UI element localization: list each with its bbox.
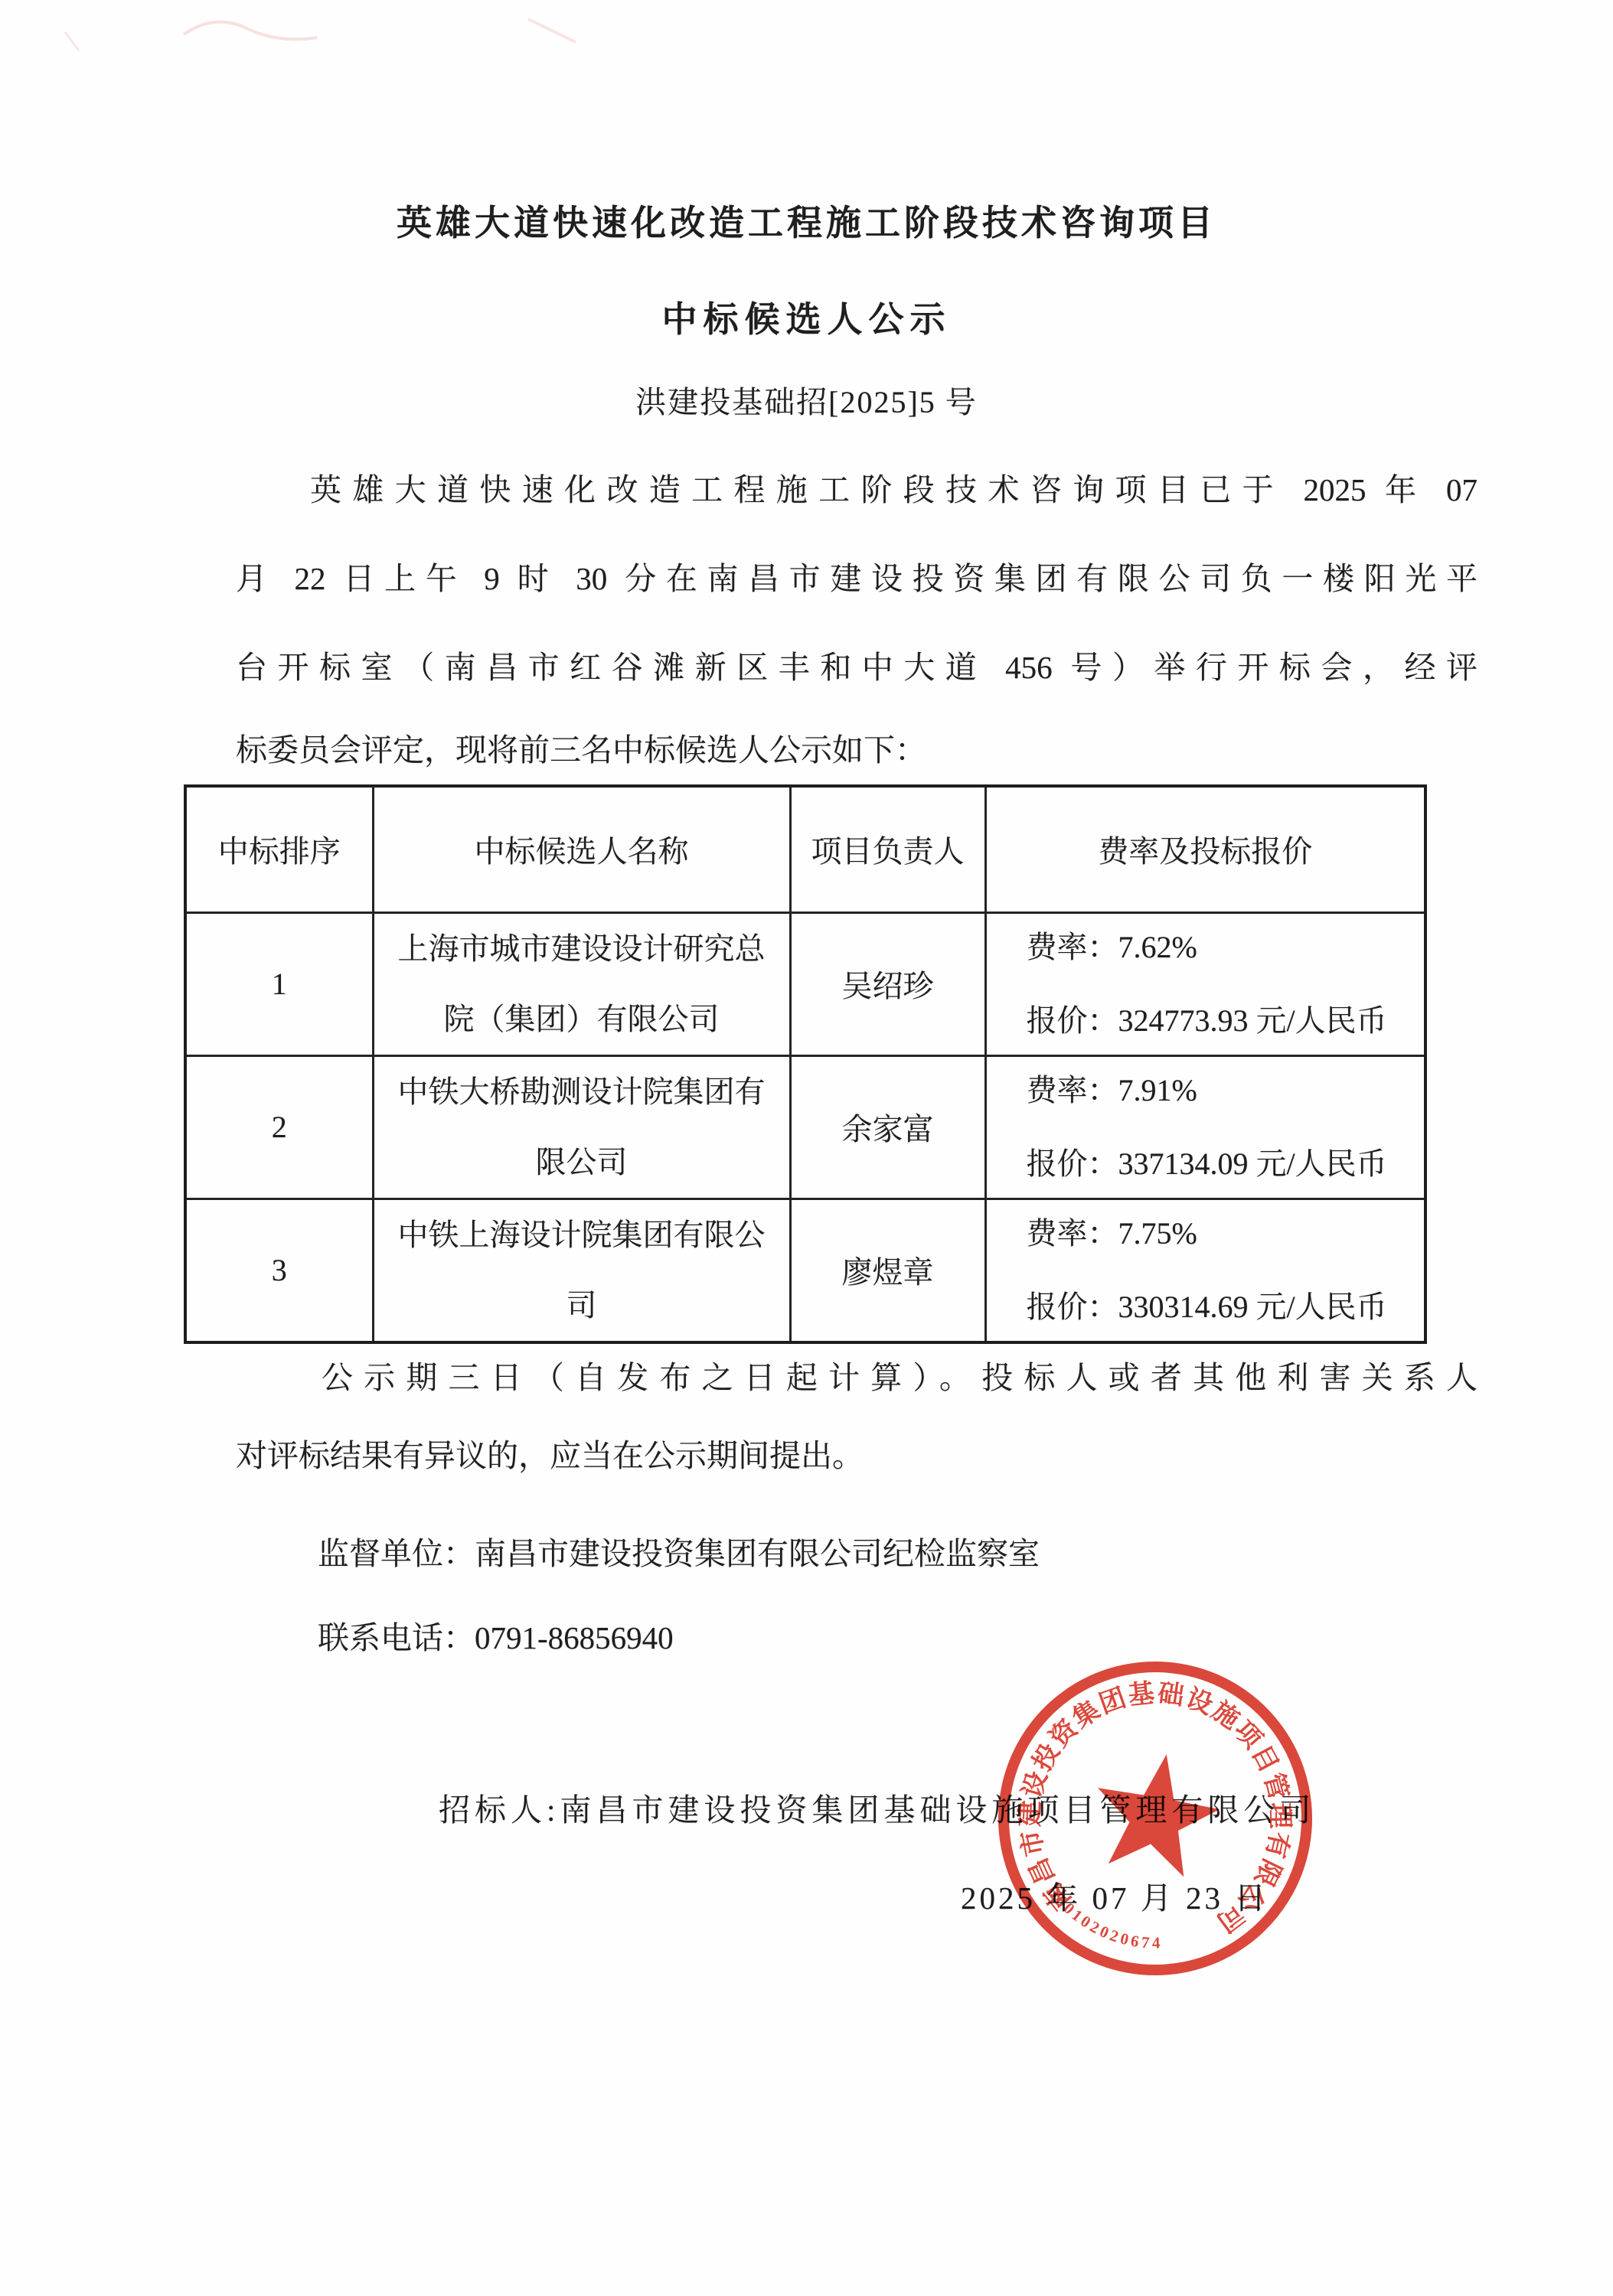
paragraph1-line1: 英雄大道快速化改造工程施工阶段技术咨询项目已于 2025 年 07 — [310, 465, 1477, 514]
rank-cell: 3 — [185, 1199, 373, 1342]
supervisor-unit-line: 监督单位：南昌市建设投资集团有限公司纪检监察室 — [318, 1529, 1040, 1578]
rank-cell: 2 — [185, 1055, 373, 1199]
paragraph1-line2: 月 22 日上午 9 时 30 分在南昌市建设投资集团有限公司负一楼阳光平 — [236, 554, 1477, 603]
paragraph1-line3: 台开标室（南昌市红谷滩新区丰和中大道 456 号）举行开标会，经评 — [236, 643, 1477, 692]
header-candidate-name: 中标候选人名称 — [373, 786, 790, 912]
document-page: 英雄大道快速化改造工程施工阶段技术咨询项目 中标候选人公示 洪建投基础招[202… — [0, 0, 1613, 2296]
seal-star-icon — [1085, 1743, 1227, 1881]
rank-cell: 1 — [185, 912, 373, 1055]
svg-text:360102020674: 360102020674 — [1038, 1881, 1171, 1955]
header-rank: 中标排序 — [185, 786, 373, 912]
document-subtitle: 中标候选人公示 — [0, 295, 1613, 344]
manager-cell: 吴绍珍 — [790, 912, 985, 1055]
seal-serial-number: 360102020674 — [1038, 1881, 1171, 1955]
candidate-cell: 中铁大桥勘测设计院集团有 限公司 — [373, 1055, 790, 1199]
rate-line: 费率：7.75% — [1027, 1214, 1197, 1254]
candidate-cell: 上海市城市建设设计研究总 院（集团）有限公司 — [373, 912, 790, 1055]
table-row: 3 中铁上海设计院集团有限公 司 廖煜章 费率：7.75% 报价：330314.… — [185, 1199, 1425, 1342]
price-line: 报价：330314.69 元/人民币 — [1027, 1287, 1387, 1327]
rate-line: 费率：7.91% — [1027, 1071, 1197, 1110]
header-project-manager: 项目负责人 — [790, 786, 985, 912]
price-line: 报价：324773.93 元/人民币 — [1027, 1001, 1387, 1041]
table-header-row: 中标排序 中标候选人名称 项目负责人 费率及投标报价 — [185, 786, 1425, 912]
rate-line: 费率：7.62% — [1027, 928, 1197, 967]
paragraph2-line1: 公示期三日（自发布之日起计算）。投标人或者其他利害关系人 — [322, 1353, 1477, 1402]
offer-cell: 费率：7.62% 报价：324773.93 元/人民币 — [985, 912, 1425, 1055]
scan-artifact-marks — [0, 0, 689, 92]
offer-cell: 费率：7.75% 报价：330314.69 元/人民币 — [985, 1199, 1425, 1342]
manager-cell: 余家富 — [790, 1055, 985, 1199]
offer-cell: 费率：7.91% 报价：337134.09 元/人民币 — [985, 1055, 1425, 1199]
header-rate-and-price: 费率及投标报价 — [985, 786, 1425, 912]
official-red-seal: 南昌市建设投资集团基础设施项目管理有限公司 360102020674 — [988, 1652, 1322, 1985]
candidate-cell: 中铁上海设计院集团有限公 司 — [373, 1199, 790, 1342]
price-line: 报价：337134.09 元/人民币 — [1027, 1144, 1387, 1184]
contact-phone-line: 联系电话：0791-86856940 — [318, 1613, 674, 1662]
table-row: 2 中铁大桥勘测设计院集团有 限公司 余家富 费率：7.91% 报价：33713… — [185, 1055, 1425, 1199]
paragraph2-line2: 对评标结果有异议的，应当在公示期间提出。 — [236, 1431, 864, 1480]
manager-cell: 廖煜章 — [790, 1199, 985, 1342]
bid-candidates-table: 中标排序 中标候选人名称 项目负责人 费率及投标报价 1 上海市城市建设设计研究… — [184, 784, 1427, 1344]
document-number: 洪建投基础招[2025]5 号 — [0, 378, 1613, 427]
table-row: 1 上海市城市建设设计研究总 院（集团）有限公司 吴绍珍 费率：7.62% 报价… — [185, 912, 1425, 1055]
document-title: 英雄大道快速化改造工程施工阶段技术咨询项目 — [0, 199, 1613, 248]
paragraph1-line4: 标委员会评定，现将前三名中标候选人公示如下： — [236, 726, 926, 775]
